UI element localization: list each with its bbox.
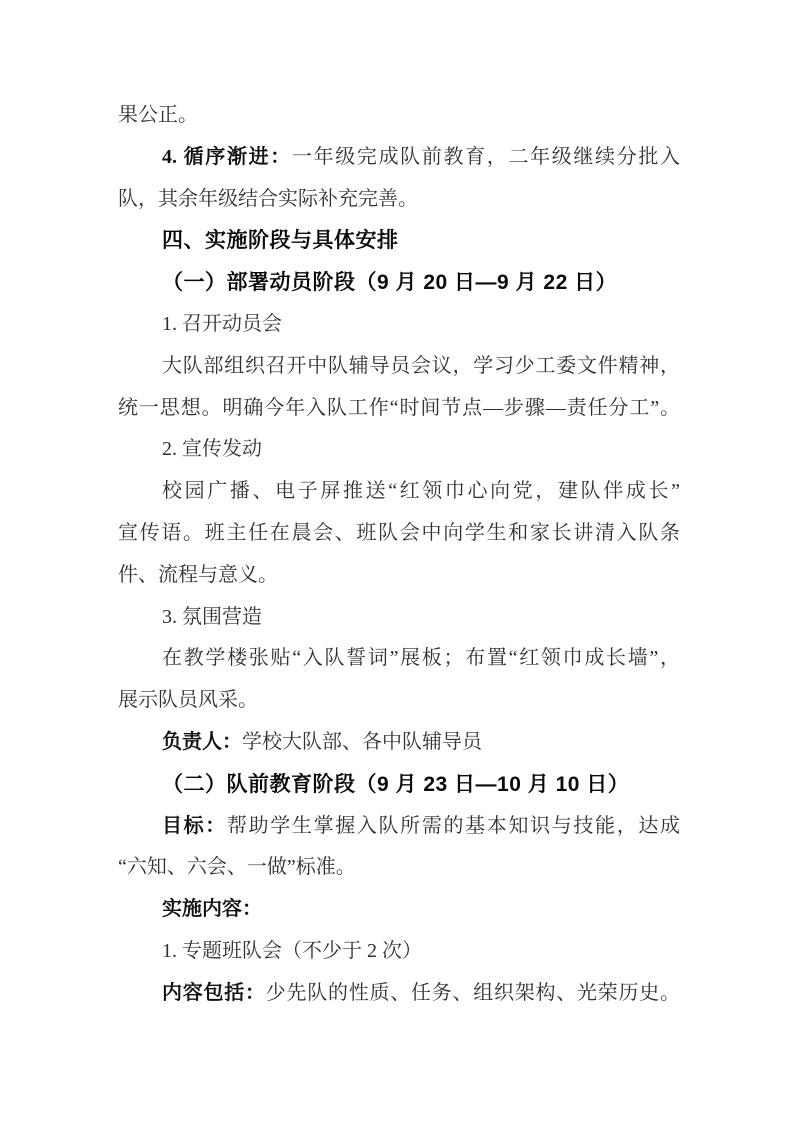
body-paragraph: 校园广播、电子屏推送“红领巾心向党，建队伴成长” 宣传语。班主任在晨会、班队会中… <box>118 471 680 596</box>
paragraph-lead: 4. 循序渐进： <box>162 146 292 168</box>
section-heading-text: 四、实施阶段与具体安排 <box>118 220 680 262</box>
stage-heading-text: （一）部署动员阶段（9 月 20 日—9 月 22 日） <box>118 262 680 304</box>
document-text-block: 果公正。 4. 循序渐进：一年级完成队前教育，二年级继续分批入 队，其余年级结合… <box>118 95 680 1015</box>
text-line: 队，其余年级结合实际补充完善。 <box>118 179 680 221</box>
text-line: 4. 循序渐进：一年级完成队前教育，二年级继续分批入 <box>118 137 680 179</box>
text-line: 在教学楼张贴“入队誓词”展板；布置“红领巾成长墙”， <box>118 638 680 680</box>
sub-item-2: 2. 宣传发动 <box>118 429 680 471</box>
text-line: 件、流程与意义。 <box>118 555 680 597</box>
implementation-label: 实施内容： <box>118 889 680 931</box>
text-line: 目标：帮助学生掌握入队所需的基本知识与技能，达成 <box>118 806 680 848</box>
text-line: 统一思想。明确今年入队工作“时间节点—步骤—责任分工”。 <box>118 388 680 430</box>
paragraph-lead: 实施内容： <box>162 898 262 920</box>
text-line: 负责人：学校大队部、各中队辅导员 <box>118 722 680 764</box>
text-line: 3. 氛围营造 <box>118 597 680 639</box>
stage-heading-text: （二）队前教育阶段（9 月 23 日—10 月 10 日） <box>118 764 680 806</box>
paragraph-continuation: 果公正。 <box>118 95 680 137</box>
body-paragraph: 在教学楼张贴“入队誓词”展板；布置“红领巾成长墙”， 展示队员风采。 <box>118 638 680 722</box>
text-run: 一年级完成队前教育，二年级继续分批入 <box>292 146 680 168</box>
text-line: 校园广播、电子屏推送“红领巾心向党，建队伴成长” <box>118 471 680 513</box>
text-run: 帮助学生掌握入队所需的基本知识与技能，达成 <box>227 815 680 837</box>
document-page: 果公正。 4. 循序渐进：一年级完成队前教育，二年级继续分批入 队，其余年级结合… <box>0 0 793 1122</box>
stage-heading-2: （二）队前教育阶段（9 月 23 日—10 月 10 日） <box>118 764 680 806</box>
text-line: 1. 召开动员会 <box>118 304 680 346</box>
text-line: 果公正。 <box>118 95 680 137</box>
paragraph-lead: 内容包括： <box>162 982 266 1004</box>
text-line: 内容包括：少先队的性质、任务、组织架构、光荣历史。 <box>118 973 680 1015</box>
paragraph-lead: 目标： <box>162 815 227 837</box>
text-line: “六知、六会、一做”标准。 <box>118 847 680 889</box>
body-paragraph: 大队部组织召开中队辅导员会议，学习少工委文件精神， 统一思想。明确今年入队工作“… <box>118 346 680 430</box>
content-includes-line: 内容包括：少先队的性质、任务、组织架构、光荣历史。 <box>118 973 680 1015</box>
responsible-person-line: 负责人：学校大队部、各中队辅导员 <box>118 722 680 764</box>
text-line: 大队部组织召开中队辅导员会议，学习少工委文件精神， <box>118 346 680 388</box>
text-line: 宣传语。班主任在晨会、班队会中向学生和家长讲清入队条 <box>118 513 680 555</box>
text-line: 实施内容： <box>118 889 680 931</box>
numbered-point-4: 4. 循序渐进：一年级完成队前教育，二年级继续分批入 队，其余年级结合实际补充完… <box>118 137 680 221</box>
text-line: 展示队员风采。 <box>118 680 680 722</box>
paragraph-lead: 负责人： <box>162 731 242 753</box>
content-item-1: 1. 专题班队会（不少于 2 次） <box>118 931 680 973</box>
text-run: 学校大队部、各中队辅导员 <box>242 731 482 753</box>
text-run: 少先队的性质、任务、组织架构、光荣历史。 <box>266 982 680 1004</box>
goal-paragraph: 目标：帮助学生掌握入队所需的基本知识与技能，达成 “六知、六会、一做”标准。 <box>118 806 680 890</box>
sub-item-3: 3. 氛围营造 <box>118 597 680 639</box>
stage-heading-1: （一）部署动员阶段（9 月 20 日—9 月 22 日） <box>118 262 680 304</box>
sub-item-1: 1. 召开动员会 <box>118 304 680 346</box>
text-line: 2. 宣传发动 <box>118 429 680 471</box>
text-line: 1. 专题班队会（不少于 2 次） <box>118 931 680 973</box>
section-heading-4: 四、实施阶段与具体安排 <box>118 220 680 262</box>
